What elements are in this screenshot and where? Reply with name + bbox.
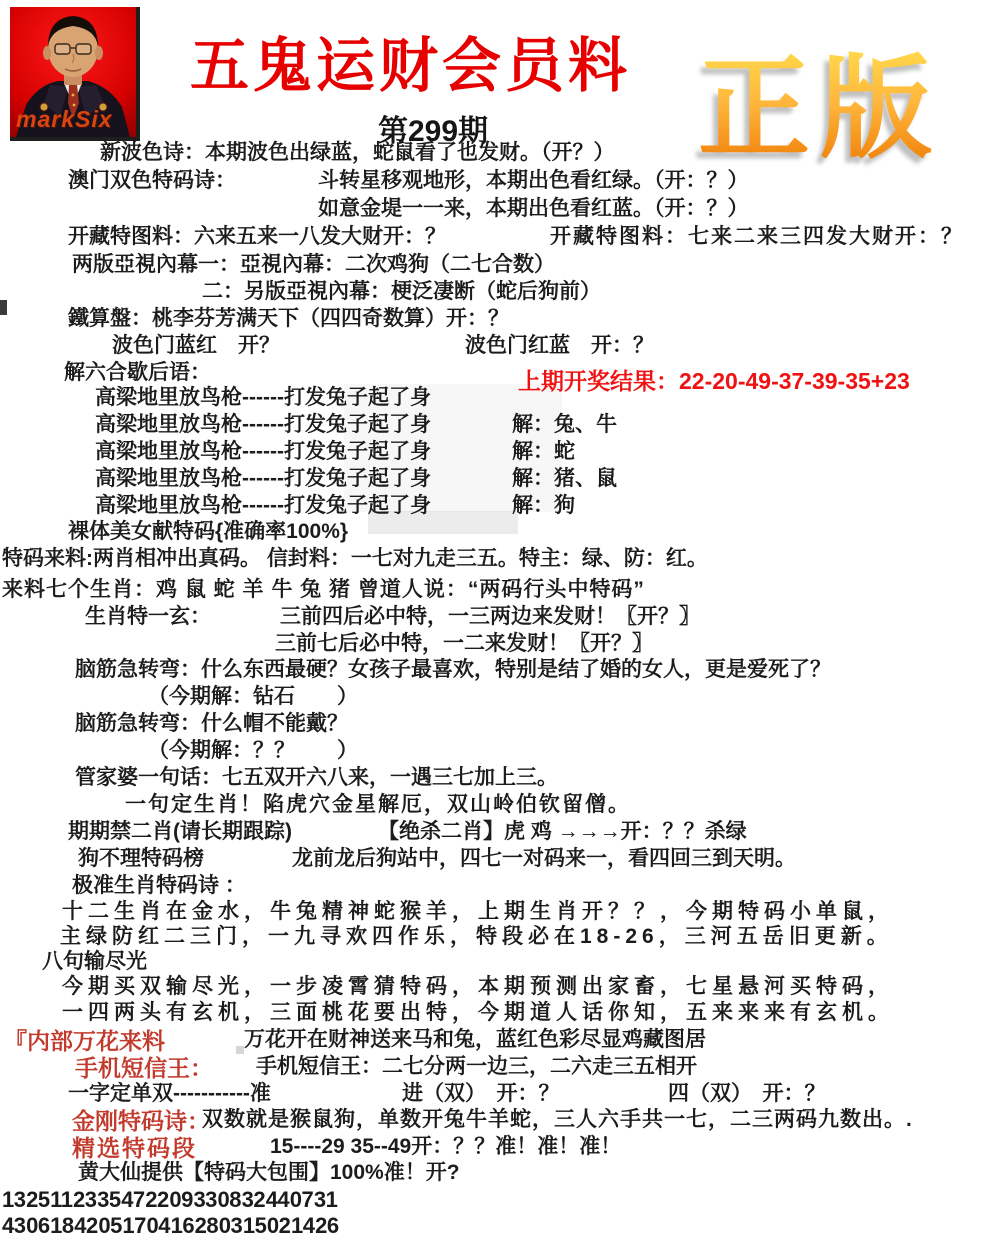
zodiac-poem-1-seg-0: 十二生肖在金水，牛兔精神蛇猴羊，上期生肖开？？，今期特码小单鼠，: [62, 900, 894, 924]
zodiac-mystery-2-seg-0: 三前七后必中特，一二来发财！〖开？〗: [275, 632, 653, 656]
ball-numbers-row-2-seg-0: 43 06 18 42 05 17 04 16 28 03 15 02 14 2…: [2, 1213, 339, 1234]
diamond-poem-seg-0: 金刚特码诗：: [72, 1108, 210, 1134]
macau-poem-1-seg-0: 澳门双色特码诗：: [68, 169, 236, 193]
teaser-answer-2-seg-0: （今期解：？？ ）: [148, 739, 358, 763]
riddle-4-seg-1: 解：猪、鼠: [512, 467, 617, 491]
riddle-3-seg-1: 解：蛇: [512, 440, 575, 464]
teaser-answer-1-seg-0: （今期解：钻石 ）: [148, 685, 358, 709]
new-wave-poem-seg-0: 新波色诗：本期波色出绿蓝，蛇鼠看了也发财。（开？）: [100, 141, 615, 165]
sms-king-seg-0: 手机短信王：: [75, 1055, 213, 1081]
riddle-1-seg-0: 高梁地里放鸟枪------打发兔子起了身: [95, 386, 431, 410]
treasure-picture-seg-0: 开藏特图料：六来五来一八发大财开：？: [68, 225, 446, 249]
color-gate-seg-1: 波色门红蓝 开：？: [465, 334, 654, 358]
single-double-seg-2: 四（双） 开：？: [668, 1082, 826, 1106]
atv-inside-1-seg-0: 两版亞視內幕一：亞視內幕：二次鸡狗（二七合数）: [72, 253, 555, 277]
eight-lines-2-seg-0: 一四两头有玄机，三面桃花要出特，今期道人话你知，五来来来有玄机。: [62, 1001, 894, 1025]
riddle-3-seg-0: 高梁地里放鸟枪------打发兔子起了身: [95, 440, 431, 464]
atv-inside-2-seg-0: 二：另版亞視內幕：梗泛凄断（蛇后狗前）: [202, 280, 601, 304]
riddle-5-seg-0: 高梁地里放鸟枪------打发兔子起了身: [95, 494, 431, 518]
selected-range-seg-1: 15----29 35--49开：？？准！准！准！: [270, 1135, 621, 1159]
sms-king-seg-1: 手机短信王：二七分两一边三，二六走三五相开: [256, 1055, 697, 1079]
ban-two-zodiac-seg-0: 期期禁二肖(请长期跟踪): [68, 820, 292, 844]
riddle-2-seg-0: 高梁地里放鸟枪------打发兔子起了身: [95, 413, 431, 437]
content-lines: 新波色诗：本期波色出绿蓝，蛇鼠看了也发财。（开？）澳门双色特码诗：斗转星移观地形…: [0, 0, 992, 1234]
goubuli-board-seg-1: 龙前龙后狗站中，四七一对码来一，看四回三到天明。: [292, 847, 796, 871]
riddle-2-seg-1: 解：兔、牛: [512, 413, 617, 437]
last-draw-result-seg-0: 上期开奖结果：22-20-49-37-39-35+23: [518, 368, 910, 394]
iron-abacus-seg-0: 鐵算盤：桃李芬芳满天下（四四奇数算）开：？: [68, 307, 509, 331]
eight-lines-header-seg-0: 八句输尽光: [42, 950, 147, 974]
color-gate-seg-0: 波色门蓝红 开？: [112, 334, 280, 358]
inner-flower-seg-0: 『内部万花来料: [4, 1028, 165, 1054]
riddle-header-seg-0: 解六合歇后语：: [64, 361, 211, 385]
ball-numbers-row-1-seg-0: 13 25 11 23 35 47 22 09 33 08 32 44 07 3…: [2, 1187, 337, 1212]
huangdaxian-seg-0: 黄大仙提供【特码大包围】100%准！开?: [78, 1161, 460, 1185]
lottery-tipsheet-page: markSix 五鬼运财会员料 第299期 正版 新波色诗：本期波色出绿蓝，蛇鼠…: [0, 0, 992, 1234]
zodiac-poem-header-seg-0: 极准生肖特码诗 ：: [72, 874, 246, 898]
eight-lines-1-seg-0: 今期买双输尽光，一步凌霄猜特码，本期预测出家畜，七星悬河买特码，: [62, 975, 894, 999]
seven-zodiac-seg-0: 来料七个生肖：鸡 鼠 蛇 羊 牛 兔 猪 曾道人说：“两码行头中特码”: [2, 578, 645, 602]
inner-flower-seg-1: 万花开在财神送来马和兔，蓝红色彩尽显鸡藏图居: [244, 1028, 706, 1052]
zodiac-mystery-1-seg-0: 生肖特一玄：: [85, 605, 211, 629]
single-double-seg-1: 进（双） 开：？: [402, 1082, 560, 1106]
goubuli-board-seg-0: 狗不理特码榜: [78, 847, 204, 871]
zodiac-mystery-1-seg-1: 三前四后必中特，一三两边来发财！〖开？〗: [280, 605, 700, 629]
selected-range-seg-0: 精选特码段: [72, 1135, 197, 1161]
macau-poem-1-seg-1: 斗转星移观地形，本期出色看红绿。（开：？）: [318, 169, 749, 193]
brain-teaser-2-seg-0: 脑筋急转弯：什么帽不能戴？: [75, 712, 348, 736]
special-source-seg-0: 特码来料:两肖相冲出真码。 信封料：一七对九走三五。特主：绿、防：红。: [2, 547, 708, 571]
riddle-5-seg-1: 解：狗: [512, 494, 575, 518]
nude-beauty-seg-0: 裸体美女献特码{准确率100%}: [68, 520, 348, 544]
brain-teaser-1-seg-0: 脑筋急转弯：什么东西最硬？女孩子最喜欢，特别是结了婚的女人，更是爱死了？: [75, 658, 831, 682]
one-sentence-zodiac-seg-0: 一句定生肖！陷虎穴金星解厄，双山岭伯钦留僧。: [125, 793, 631, 817]
single-double-seg-0: 一字定单双-----------准: [68, 1082, 271, 1106]
ban-two-zodiac-seg-1: 【绝杀二肖】虎 鸡 →→→开：？？杀绿: [378, 820, 747, 844]
zodiac-poem-2-seg-0: 主绿防红二三门，一九寻欢四作乐，特段必在18-26，三河五岳旧更新。: [60, 925, 893, 949]
treasure-picture-seg-1: 开藏特图料：七来二来三四发大财开：？: [550, 225, 964, 249]
housekeeper-sentence-seg-0: 管家婆一句话：七五双开六八来，一遇三七加上三。: [75, 766, 558, 790]
macau-poem-2-seg-0: 如意金堤一一来，本期出色看红蓝。（开：？）: [318, 197, 749, 221]
riddle-4-seg-0: 高梁地里放鸟枪------打发兔子起了身: [95, 467, 431, 491]
diamond-poem-seg-1: 双数就是猴鼠狗，单数开兔牛羊蛇，三人六手共一七，二三两码九数出。.: [202, 1108, 913, 1132]
